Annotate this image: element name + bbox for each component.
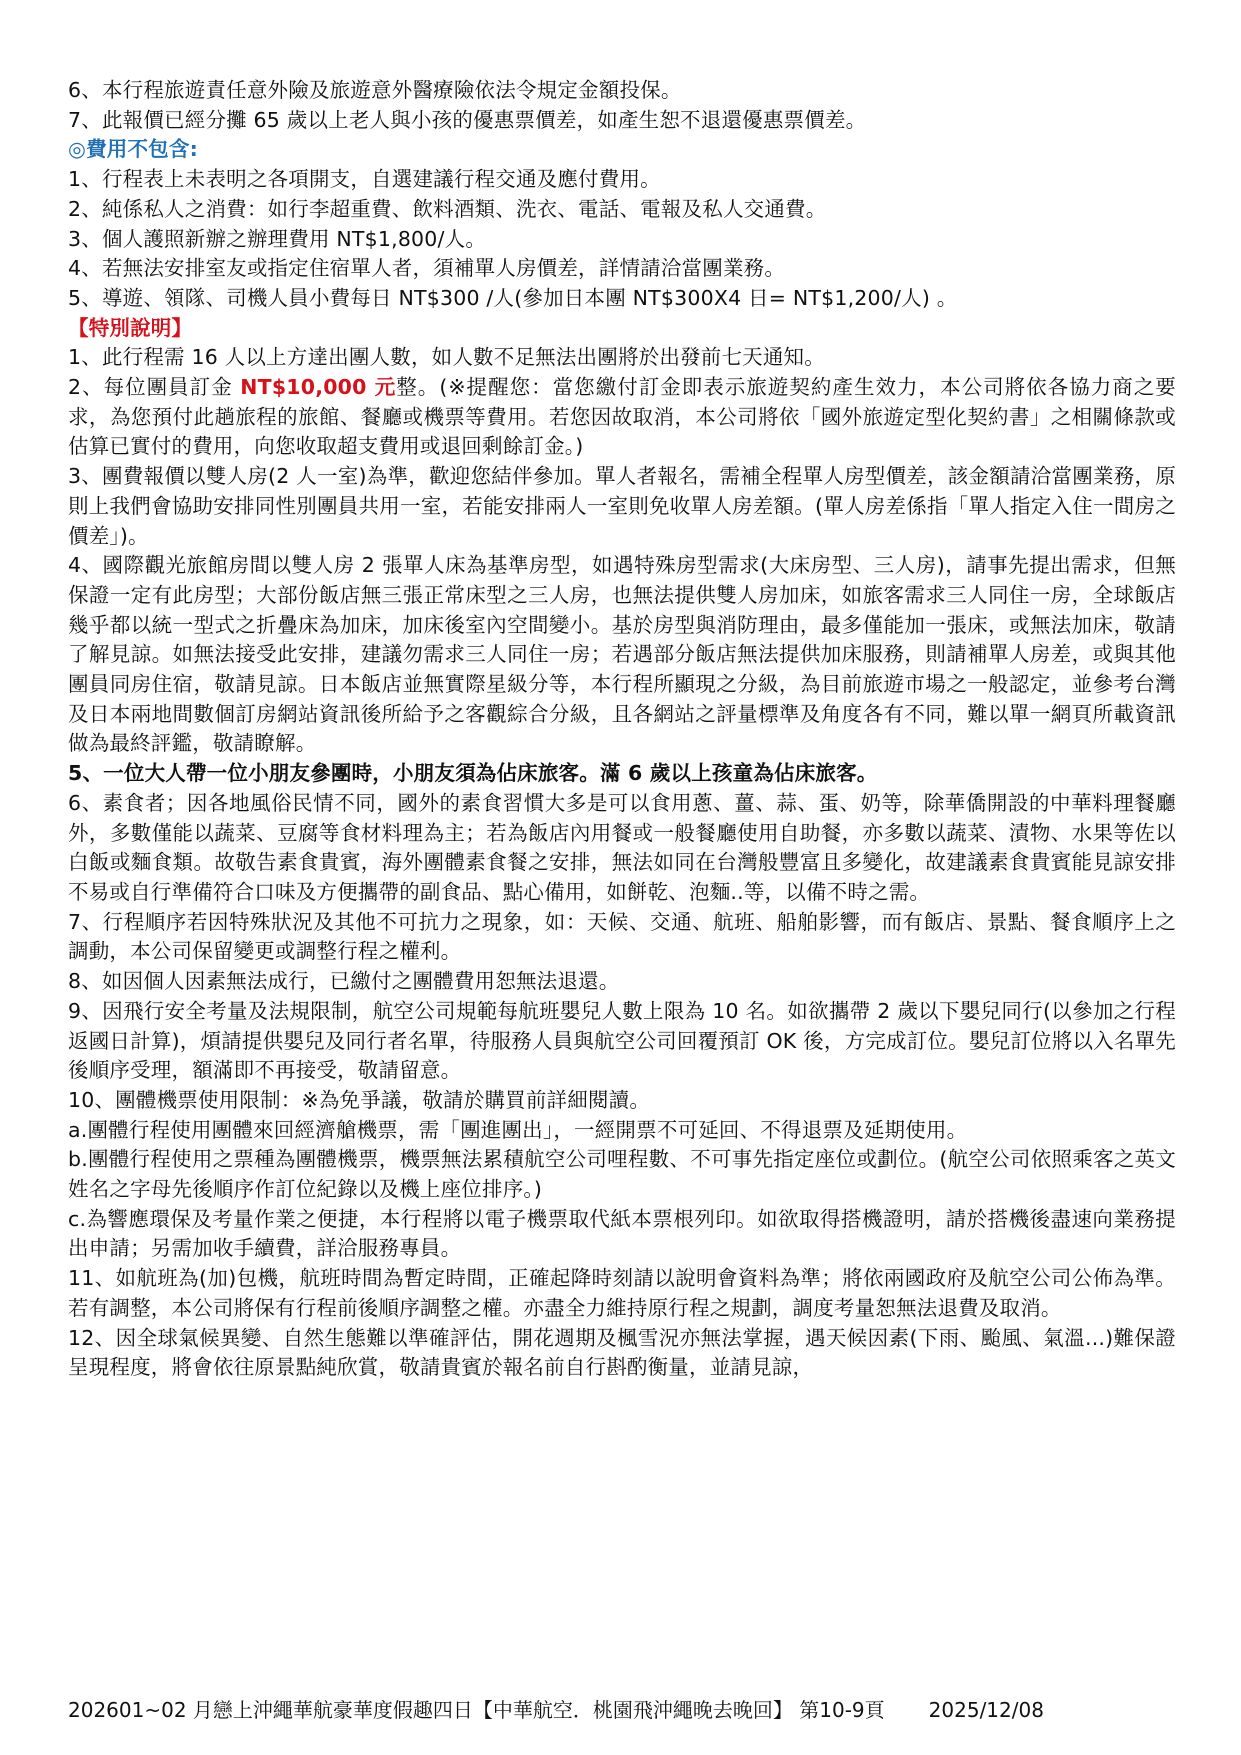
special-note-12: 12、因全球氣候異變、自然生態難以準確評估，開花週期及楓雪況亦無法掌握，遇天候因… — [68, 1324, 1176, 1383]
special-note-5: 5、一位大人帶一位小朋友參團時，小朋友須為佔床旅客。滿 6 歲以上孩童為佔床旅客… — [68, 759, 1176, 789]
special-note-7: 7、行程順序若因特殊狀況及其他不可抗力之現象，如：天候、交通、航班、船舶影響，而… — [68, 908, 1176, 967]
deposit-amount: NT$10,000 元 — [240, 375, 396, 399]
not-included-heading: ◎費用不包含: — [68, 135, 1176, 165]
deposit-prefix: 2、每位團員訂金 — [68, 375, 240, 399]
document-page: 6、本行程旅遊責任意外險及旅遊意外醫療險依法令規定金額投保。 7、此報價已經分攤… — [68, 76, 1176, 1383]
special-note-10a: a.團體行程使用團體來回經濟艙機票，需「團進團出」，一經開票不可延回、不得退票及… — [68, 1116, 1176, 1146]
special-note-10c: c.為響應環保及考量作業之便捷，本行程將以電子機票取代紙本票根列印。如欲取得搭機… — [68, 1205, 1176, 1264]
not-included-item-1: 1、行程表上未表明之各項開支，自選建議行程交通及應付費用。 — [68, 165, 1176, 195]
included-item-7: 7、此報價已經分攤 65 歲以上老人與小孩的優惠票價差，如產生恕不退還優惠票價差… — [68, 106, 1176, 136]
special-note-11: 11、如航班為(加)包機，航班時間為暫定時間，正確起降時刻請以說明會資料為準；將… — [68, 1264, 1176, 1323]
special-note-6: 6、素食者；因各地風俗民情不同，國外的素食習慣大多是可以食用蔥、薑、蒜、蛋、奶等… — [68, 789, 1176, 908]
not-included-item-5: 5、導遊、領隊、司機人員小費每日 NT$300 /人(參加日本團 NT$300X… — [68, 284, 1176, 314]
special-note-2: 2、每位團員訂金 NT$10,000 元整。(※提醒您：當您繳付訂金即表示旅遊契… — [68, 373, 1176, 462]
special-note-10b: b.團體行程使用之票種為團體機票，機票無法累積航空公司哩程數、不可事先指定座位或… — [68, 1145, 1176, 1204]
included-item-6: 6、本行程旅遊責任意外險及旅遊意外醫療險依法令規定金額投保。 — [68, 76, 1176, 106]
not-included-item-3: 3、個人護照新辦之辦理費用 NT$1,800/人。 — [68, 225, 1176, 255]
footer-date: 2025/12/08 — [929, 1698, 1044, 1722]
special-note-1: 1、此行程需 16 人以上方達出團人數，如人數不足無法出團將於出發前七天通知。 — [68, 343, 1176, 373]
special-note-3: 3、團費報價以雙人房(2 人一室)為準，歡迎您結伴參加。單人者報名，需補全程單人… — [68, 462, 1176, 551]
special-note-9: 9、因飛行安全考量及法規限制，航空公司規範每航班嬰兒人數上限為 10 名。如欲攜… — [68, 997, 1176, 1086]
not-included-item-4: 4、若無法安排室友或指定住宿單人者，須補單人房價差，詳情請洽當團業務。 — [68, 254, 1176, 284]
special-note-10: 10、團體機票使用限制：※為免爭議，敬請於購買前詳細閱讀。 — [68, 1086, 1176, 1116]
special-note-4: 4、國際觀光旅館房間以雙人房 2 張單人床為基準房型，如遇特殊房型需求(大床房型… — [68, 551, 1176, 759]
special-notes-heading: 【特別說明】 — [68, 314, 1176, 344]
not-included-item-2: 2、純係私人之消費：如行李超重費、飲料酒類、洗衣、電話、電報及私人交通費。 — [68, 195, 1176, 225]
footer-title: 202601~02 月戀上沖繩華航豪華度假趣四日【中華航空．桃園飛沖繩晚去晚回】… — [68, 1698, 885, 1722]
special-note-8: 8、如因個人因素無法成行，已繳付之團體費用恕無法退還。 — [68, 967, 1176, 997]
page-footer: 202601~02 月戀上沖繩華航豪華度假趣四日【中華航空．桃園飛沖繩晚去晚回】… — [68, 1697, 1176, 1723]
